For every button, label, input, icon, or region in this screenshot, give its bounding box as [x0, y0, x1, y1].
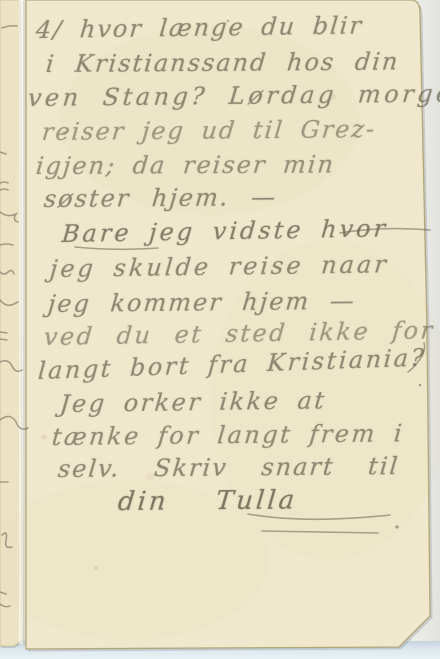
ink-dot	[395, 525, 398, 528]
ink-dot	[419, 384, 421, 386]
paper-shapes	[0, 0, 440, 659]
letter-scan: 4/ hvor længe du blir i Kristianssand ho…	[0, 0, 440, 659]
